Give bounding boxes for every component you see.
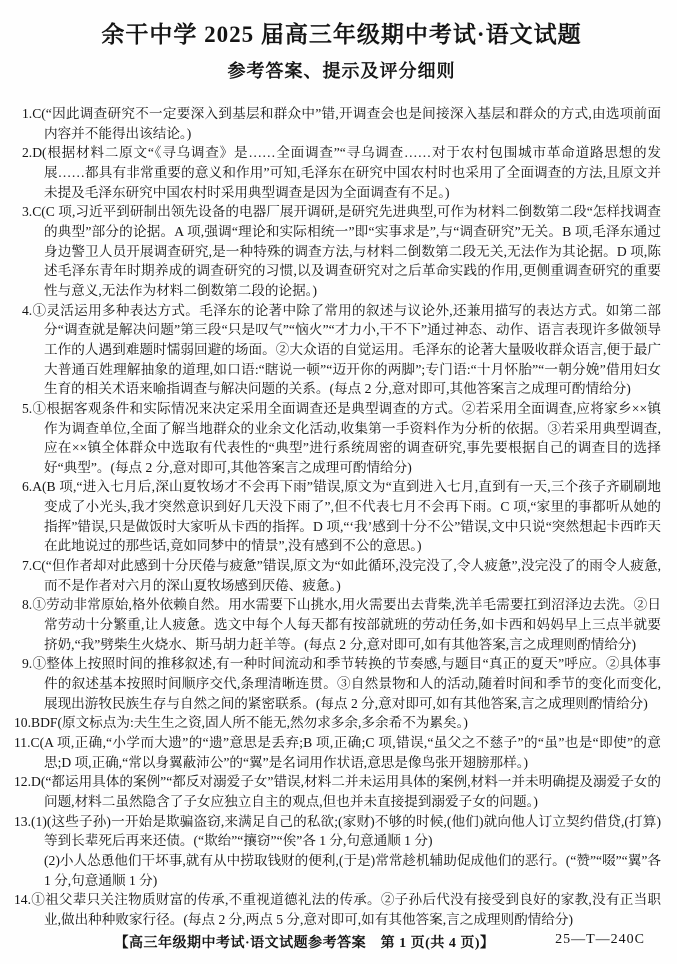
answer-item: 3.C(C 项,习近平到研制出领先设备的电器厂展开调研,是研究先进典型,可作为材…: [22, 202, 661, 300]
answer-item: 14.①祖父辈只关注物质财富的传承,不重视道德礼法的传承。②子孙后代没有接受到良…: [22, 890, 661, 929]
answer-item: 7.C(“但作者却对此感到十分厌倦与疲惫”错误,原文为“如此循环,没完没了,令人…: [22, 556, 661, 595]
answer-paragraph: 14.①祖父辈只关注物质财富的传承,不重视道德礼法的传承。②子孙后代没有接受到良…: [44, 890, 661, 929]
answer-number: 10.: [14, 715, 31, 730]
answer-number: 13.: [14, 814, 31, 829]
page-subtitle: 参考答案、提示及评分细则: [22, 57, 661, 83]
answer-item: 2.D(根据材料二原文“《寻乌调查》是……全面调查”“寻乌调查……对于农村包围城…: [22, 143, 661, 202]
answer-paragraph: (2)小人怂恿他们干坏事,就有从中捞取钱财的便利,(于是)常常趁机辅助促成他们的…: [44, 851, 661, 890]
answer-number: 9.: [22, 656, 32, 671]
answer-item: 1.C(“因此调查研究不一定要深入到基层和群众中”错,开调查会也是间接深入基层和…: [22, 104, 661, 143]
answer-number: 5.: [22, 401, 32, 416]
answer-item: 4.①灵活运用多种表达方式。毛泽东的论著中除了常用的叙述与议论外,还兼用描写的表…: [22, 301, 661, 399]
exam-answer-sheet-page: 余干中学 2025 届高三年级期中考试·语文试题 参考答案、提示及评分细则 1.…: [0, 0, 677, 964]
answer-number: 4.: [22, 303, 32, 318]
answer-item: 10.BDF(原文标点为:夫生生之资,固人所不能无,然勿求多余,多余希不为累矣。…: [22, 713, 661, 733]
answer-number: 6.: [22, 479, 32, 494]
answer-paragraph: 1.C(“因此调查研究不一定要深入到基层和群众中”错,开调查会也是间接深入基层和…: [44, 104, 661, 143]
answer-number: 8.: [22, 597, 32, 612]
answer-item: 8.①劳动非常原始,格外依赖自然。用水需要下山挑水,用火需要出去背柴,洗羊毛需要…: [22, 595, 661, 654]
answer-number: 12.: [14, 774, 31, 789]
answer-number: 2.: [22, 145, 32, 160]
answer-paragraph: 12.D(“都运用具体的案例”“都反对溺爱子女”错误,材料二并未运用具体的案例,…: [44, 772, 661, 811]
answer-paragraph: 10.BDF(原文标点为:夫生生之资,固人所不能无,然勿求多余,多余希不为累矣。…: [44, 713, 661, 733]
answer-paragraph: 6.A(B 项,“进入七月后,深山夏牧场才不会再下雨”错误,原文为“直到进入七月…: [44, 477, 661, 556]
answer-paragraph: 7.C(“但作者却对此感到十分厌倦与疲惫”错误,原文为“如此循环,没完没了,令人…: [44, 556, 661, 595]
footer-exam-code: 25—T—240C: [555, 932, 645, 948]
answer-paragraph: 9.①整体上按照时间的推移叙述,有一种时间流动和季节转换的节奏感,与题目“真正的…: [44, 654, 661, 713]
answer-paragraph: 5.①根据客观条件和实际情况来决定采用全面调查还是典型调查的方式。②若采用全面调…: [44, 399, 661, 478]
footer-caption: 【高三年级期中考试·语文试题参考答案 第 1 页(共 4 页)】: [115, 932, 495, 952]
answer-number: 3.: [22, 204, 32, 219]
answer-paragraph: 2.D(根据材料二原文“《寻乌调查》是……全面调查”“寻乌调查……对于农村包围城…: [44, 143, 661, 202]
answer-paragraph: 13.(1)(这些子孙)一开始是欺骗盗窃,来满足自己的私欲;(家财)不够的时候,…: [44, 812, 661, 851]
answer-number: 1.: [22, 106, 32, 121]
answer-number: 14.: [14, 892, 31, 907]
answer-item: 5.①根据客观条件和实际情况来决定采用全面调查还是典型调查的方式。②若采用全面调…: [22, 399, 661, 478]
answer-number: 7.: [22, 558, 32, 573]
answer-item: 9.①整体上按照时间的推移叙述,有一种时间流动和季节转换的节奏感,与题目“真正的…: [22, 654, 661, 713]
answer-item: 11.C(A 项,正确,“小学而大遗”的“遗”意思是丢弃;B 项,正确;C 项,…: [22, 733, 661, 772]
page-footer: 【高三年级期中考试·语文试题参考答案 第 1 页(共 4 页)】 25—T—24…: [0, 932, 677, 952]
answer-paragraph: 3.C(C 项,习近平到研制出领先设备的电器厂展开调研,是研究先进典型,可作为材…: [44, 202, 661, 300]
answer-paragraph: 11.C(A 项,正确,“小学而大遗”的“遗”意思是丢弃;B 项,正确;C 项,…: [44, 733, 661, 772]
answer-item: 12.D(“都运用具体的案例”“都反对溺爱子女”错误,材料二并未运用具体的案例,…: [22, 772, 661, 811]
answer-number: 11.: [14, 735, 31, 750]
answer-paragraph: 4.①灵活运用多种表达方式。毛泽东的论著中除了常用的叙述与议论外,还兼用描写的表…: [44, 301, 661, 399]
page-title: 余干中学 2025 届高三年级期中考试·语文试题: [22, 16, 661, 49]
answers-list: 1.C(“因此调查研究不一定要深入到基层和群众中”错,开调查会也是间接深入基层和…: [22, 104, 661, 930]
answer-item: 13.(1)(这些子孙)一开始是欺骗盗窃,来满足自己的私欲;(家财)不够的时候,…: [22, 812, 661, 891]
answer-item: 6.A(B 项,“进入七月后,深山夏牧场才不会再下雨”错误,原文为“直到进入七月…: [22, 477, 661, 556]
answer-paragraph: 8.①劳动非常原始,格外依赖自然。用水需要下山挑水,用火需要出去背柴,洗羊毛需要…: [44, 595, 661, 654]
